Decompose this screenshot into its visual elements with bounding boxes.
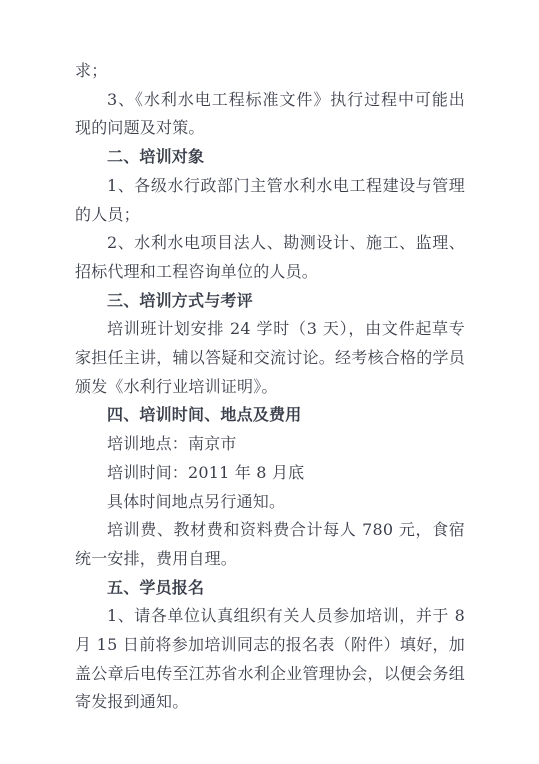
heading-section5-registration: 五、学员报名: [75, 574, 465, 603]
para-continuation-tail: 求；: [75, 57, 465, 86]
heading-section2-training-targets: 二、培训对象: [75, 143, 465, 172]
para-training-schedule: 培训班计划安排 24 学时（3 天），由文件起草专家担任主讲，辅以答疑和交流讨论…: [75, 315, 465, 401]
para-item1-water-admin-staff: 1、各级水行政部门主管水利水电工程建设与管理的人员；: [75, 172, 465, 229]
document-content: 求； 3、《水利水电工程标准文件》执行过程中可能出现的问题及对策。 二、培训对象…: [75, 57, 465, 717]
para-item2-project-entities: 2、水利水电项目法人、勘测设计、施工、监理、招标代理和工程咨询单位的人员。: [75, 229, 465, 286]
document-page: 求； 3、《水利水电工程标准文件》执行过程中可能出现的问题及对策。 二、培训对象…: [0, 0, 539, 764]
para-item3-standard-file-issues: 3、《水利水电工程标准文件》执行过程中可能出现的问题及对策。: [75, 86, 465, 143]
para-fees: 培训费、教材费和资料费合计每人 780 元，食宿统一安排，费用自理。: [75, 516, 465, 573]
para-registration-instructions: 1、请各单位认真组织有关人员参加培训，并于 8 月 15 日前将参加培训同志的报…: [75, 602, 465, 717]
para-training-time: 培训时间：2011 年 8 月底: [75, 459, 465, 488]
heading-section3-method-assessment: 三、培训方式与考评: [75, 287, 465, 316]
heading-section4-time-place-fee: 四、培训时间、地点及费用: [75, 401, 465, 430]
para-training-place: 培训地点：南京市: [75, 430, 465, 459]
para-details-notice: 具体时间地点另行通知。: [75, 488, 465, 517]
